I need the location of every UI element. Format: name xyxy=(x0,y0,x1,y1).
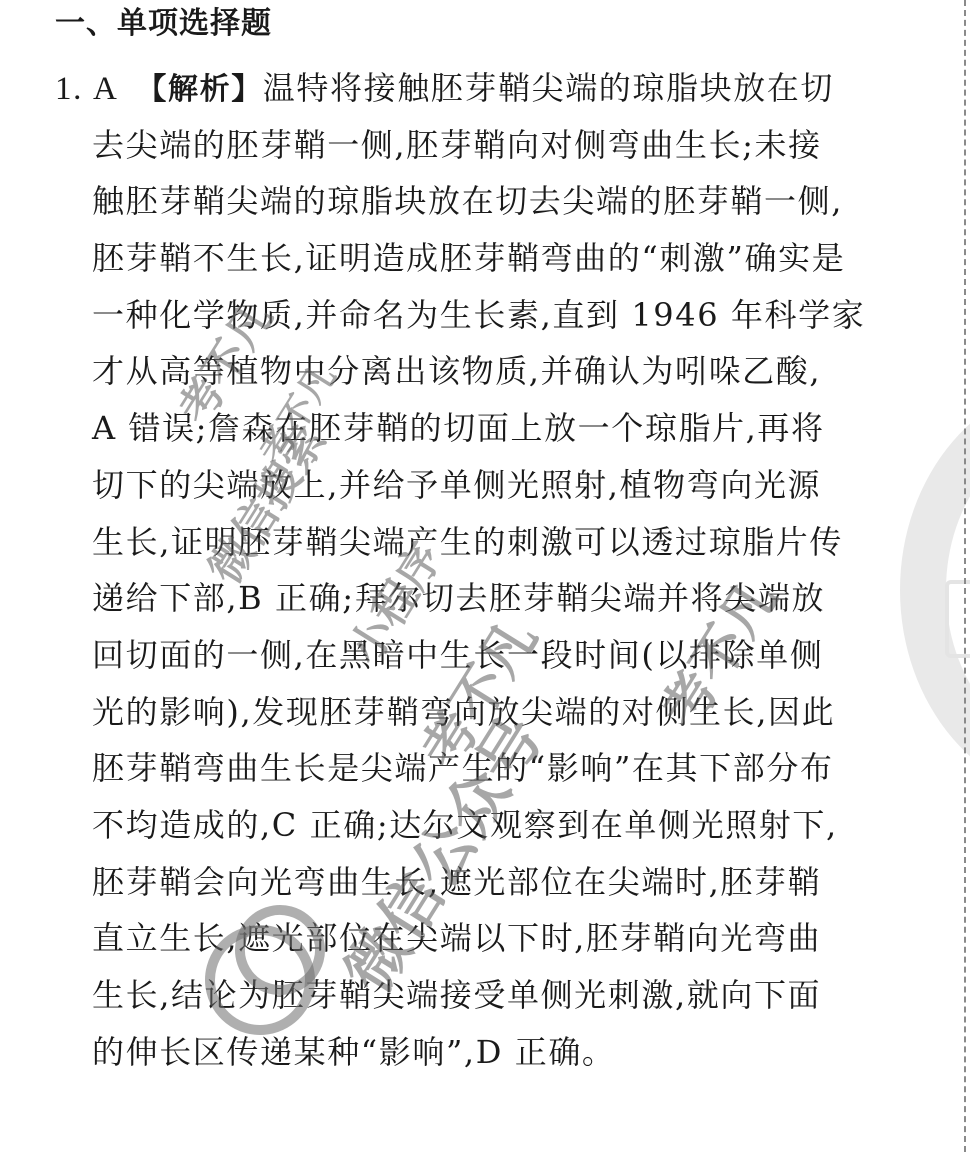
text-line: 胚芽鞘不生长,证明造成胚芽鞘弯曲的“刺激”确实是 xyxy=(55,230,945,287)
text-line: 递给下部,B 正确;拜尔切去胚芽鞘尖端并将尖端放 xyxy=(55,570,945,627)
text-line: 去尖端的胚芽鞘一侧,胚芽鞘向对侧弯曲生长;未接 xyxy=(55,117,945,174)
question-number: 1. xyxy=(55,71,83,107)
text-line: 光的影响),发现胚芽鞘弯向放尖端的对侧生长,因此 xyxy=(55,684,945,741)
question-first-line: 1.A【解析】温特将接触胚芽鞘尖端的琼脂块放在切 xyxy=(55,60,945,117)
text-line: 回切面的一侧,在黑暗中生长一段时间(以排除单侧 xyxy=(55,627,945,684)
text-line: 直立生长,遮光部位在尖端以下时,胚芽鞘向光弯曲 xyxy=(55,910,945,967)
text-line: 切下的尖端放上,并给予单侧光照射,植物弯向光源 xyxy=(55,457,945,514)
text-line: 生长,结论为胚芽鞘尖端接受单侧光刺激,就向下面 xyxy=(55,967,945,1024)
question-1-explanation: 1.A【解析】温特将接触胚芽鞘尖端的琼脂块放在切 去尖端的胚芽鞘一侧,胚芽鞘向对… xyxy=(55,60,945,1080)
section-title: 一、单项选择题 xyxy=(55,4,272,44)
background-logo-mark xyxy=(945,580,970,658)
text-line: 胚芽鞘弯曲生长是尖端产生的“影响”在其下部分布 xyxy=(55,740,945,797)
text-line: 才从高等植物中分离出该物质,并确认为吲哚乙酸, xyxy=(55,343,945,400)
document-page: 一、单项选择题 1.A【解析】温特将接触胚芽鞘尖端的琼脂块放在切 去尖端的胚芽鞘… xyxy=(0,0,970,1152)
text-line: 一种化学物质,并命名为生长素,直到 1946 年科学家 xyxy=(55,287,945,344)
analysis-tag: 【解析】 xyxy=(136,72,262,107)
text-line: 触胚芽鞘尖端的琼脂块放在切去尖端的胚芽鞘一侧, xyxy=(55,173,945,230)
page-fold-dashed-line xyxy=(964,0,966,1152)
text-line: 的伸长区传递某种“影响”,D 正确。 xyxy=(55,1024,945,1081)
text-line: 胚芽鞘会向光弯曲生长,遮光部位在尖端时,胚芽鞘 xyxy=(55,854,945,911)
text-line: A 错误;詹森在胚芽鞘的切面上放一个琼脂片,再将 xyxy=(55,400,945,457)
question-answer: A xyxy=(93,71,118,107)
text-line: 生长,证明胚芽鞘尖端产生的刺激可以透过琼脂片传 xyxy=(55,514,945,571)
text-line: 不均造成的,C 正确;达尔文观察到在单侧光照射下, xyxy=(55,797,945,854)
text-line: 温特将接触胚芽鞘尖端的琼脂块放在切 xyxy=(263,69,834,107)
